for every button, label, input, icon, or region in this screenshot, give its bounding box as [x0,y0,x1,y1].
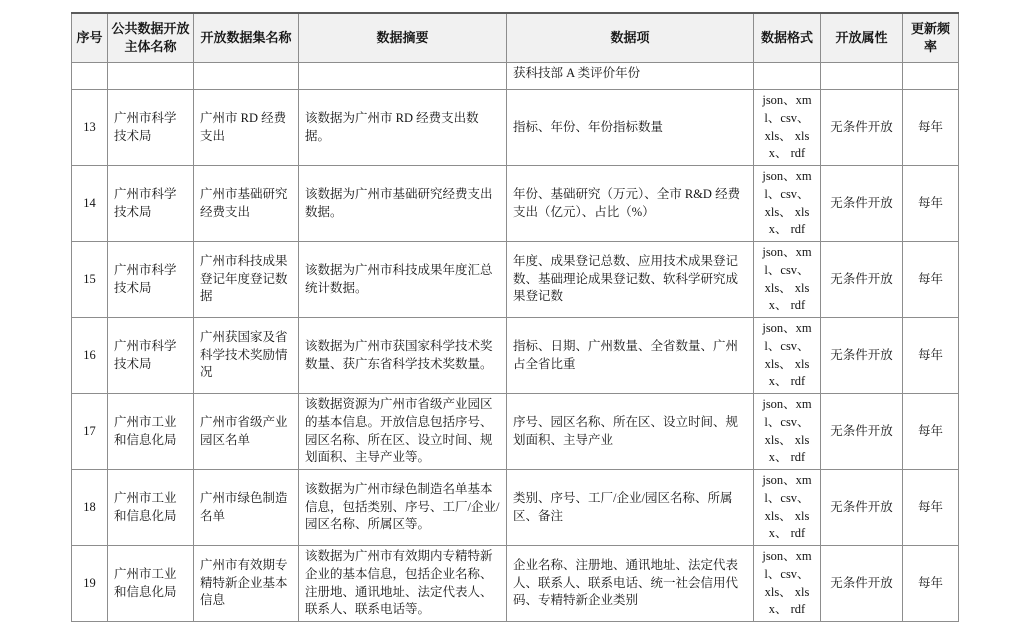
table-row: 14 广州市科学技术局 广州市基础研究经费支出 该数据为广州市基础研究经费支出数… [72,166,959,242]
cell-dataset: 广州市有效期专精特新企业基本信息 [194,546,299,622]
cell-agency [108,63,194,90]
cell-seq: 14 [72,166,108,242]
cell-attribute: 无条件开放 [821,394,903,470]
column-header-dataset: 开放数据集名称 [194,13,299,63]
cell-summary: 该数据为广州市科技成果年度汇总统计数据。 [299,242,507,318]
cell-format: json、xml、csv、 xls、 xlsx、 rdf [754,90,821,166]
cell-items: 获科技部 A 类评价年份 [507,63,754,90]
cell-format: json、xml、csv、 xls、 xlsx、 rdf [754,242,821,318]
cell-frequency: 每年 [903,166,959,242]
table-row: 13 广州市科学技术局 广州市 RD 经费支出 该数据为广州市 RD 经费支出数… [72,90,959,166]
cell-agency: 广州市工业和信息化局 [108,546,194,622]
column-header-seq: 序号 [72,13,108,63]
cell-attribute: 无条件开放 [821,470,903,546]
cell-items: 序号、园区名称、所在区、设立时间、规划面积、主导产业 [507,394,754,470]
cell-format: json、xml、csv、 xls、 xlsx、 rdf [754,546,821,622]
column-header-agency: 公共数据开放主体名称 [108,13,194,63]
cell-seq: 15 [72,242,108,318]
cell-attribute: 无条件开放 [821,318,903,394]
cell-agency: 广州市科学技术局 [108,90,194,166]
cell-dataset: 广州获国家及省科学技术奖励情况 [194,318,299,394]
cell-agency: 广州市科学技术局 [108,318,194,394]
cell-items: 指标、年份、年份指标数量 [507,90,754,166]
cell-seq: 17 [72,394,108,470]
table-body: 获科技部 A 类评价年份 13 广州市科学技术局 广州市 RD 经费支出 该数据… [72,63,959,622]
cell-summary: 该数据为广州市基础研究经费支出数据。 [299,166,507,242]
cell-attribute: 无条件开放 [821,546,903,622]
cell-agency: 广州市工业和信息化局 [108,394,194,470]
header-row: 序号 公共数据开放主体名称 开放数据集名称 数据摘要 数据项 数据格式 开放属性… [72,13,959,63]
cell-seq [72,63,108,90]
cell-agency: 广州市工业和信息化局 [108,470,194,546]
cell-dataset: 广州市绿色制造名单 [194,470,299,546]
cell-frequency: 每年 [903,318,959,394]
table-row: 15 广州市科学技术局 广州市科技成果登记年度登记数据 该数据为广州市科技成果年… [72,242,959,318]
cell-frequency: 每年 [903,242,959,318]
cell-frequency: 每年 [903,546,959,622]
cell-dataset: 广州市 RD 经费支出 [194,90,299,166]
cell-summary: 该数据资源为广州市省级产业园区的基本信息。开放信息包括序号、园区名称、所在区、设… [299,394,507,470]
cell-attribute [821,63,903,90]
cell-summary: 该数据为广州市绿色制造名单基本信息，包括类别、序号、工厂/企业/园区名称、所属区… [299,470,507,546]
cell-frequency: 每年 [903,470,959,546]
cell-items: 类别、序号、工厂/企业/园区名称、所属区、备注 [507,470,754,546]
table-row: 18 广州市工业和信息化局 广州市绿色制造名单 该数据为广州市绿色制造名单基本信… [72,470,959,546]
column-header-summary: 数据摘要 [299,13,507,63]
cell-dataset: 广州市科技成果登记年度登记数据 [194,242,299,318]
cell-format [754,63,821,90]
cell-summary: 该数据为广州市有效期内专精特新企业的基本信息，包括企业名称、注册地、通讯地址、法… [299,546,507,622]
column-header-format: 数据格式 [754,13,821,63]
cell-summary: 该数据为广州市获国家科学技术奖数量、获广东省科学技术奖数量。 [299,318,507,394]
cell-seq: 18 [72,470,108,546]
column-header-frequency: 更新频率 [903,13,959,63]
cell-attribute: 无条件开放 [821,90,903,166]
cell-frequency: 每年 [903,394,959,470]
open-data-catalog-table: 序号 公共数据开放主体名称 开放数据集名称 数据摘要 数据项 数据格式 开放属性… [71,12,959,622]
cell-frequency [903,63,959,90]
cell-attribute: 无条件开放 [821,166,903,242]
table-header: 序号 公共数据开放主体名称 开放数据集名称 数据摘要 数据项 数据格式 开放属性… [72,13,959,63]
cell-frequency: 每年 [903,90,959,166]
cell-agency: 广州市科学技术局 [108,242,194,318]
column-header-attribute: 开放属性 [821,13,903,63]
table-row: 17 广州市工业和信息化局 广州市省级产业园区名单 该数据资源为广州市省级产业园… [72,394,959,470]
cell-items: 企业名称、注册地、通讯地址、法定代表人、联系人、联系电话、统一社会信用代码、专精… [507,546,754,622]
cell-dataset [194,63,299,90]
continuation-row: 获科技部 A 类评价年份 [72,63,959,90]
cell-items: 指标、日期、广州数量、全省数量、广州占全省比重 [507,318,754,394]
cell-seq: 16 [72,318,108,394]
cell-seq: 13 [72,90,108,166]
cell-dataset: 广州市基础研究经费支出 [194,166,299,242]
cell-items: 年份、基础研究（万元）、全市 R&D 经费支出（亿元）、占比（%） [507,166,754,242]
cell-agency: 广州市科学技术局 [108,166,194,242]
table-row: 16 广州市科学技术局 广州获国家及省科学技术奖励情况 该数据为广州市获国家科学… [72,318,959,394]
table-row: 19 广州市工业和信息化局 广州市有效期专精特新企业基本信息 该数据为广州市有效… [72,546,959,622]
open-data-catalog: 序号 公共数据开放主体名称 开放数据集名称 数据摘要 数据项 数据格式 开放属性… [71,12,959,622]
cell-seq: 19 [72,546,108,622]
cell-format: json、xml、csv、 xls、 xlsx、 rdf [754,470,821,546]
cell-format: json、xml、csv、 xls、 xlsx、 rdf [754,166,821,242]
cell-dataset: 广州市省级产业园区名单 [194,394,299,470]
cell-format: json、xml、csv、 xls、 xlsx、 rdf [754,394,821,470]
column-header-items: 数据项 [507,13,754,63]
cell-summary [299,63,507,90]
cell-summary: 该数据为广州市 RD 经费支出数据。 [299,90,507,166]
cell-items: 年度、成果登记总数、应用技术成果登记数、基础理论成果登记数、软科学研究成果登记数 [507,242,754,318]
cell-format: json、xml、csv、 xls、 xlsx、 rdf [754,318,821,394]
cell-attribute: 无条件开放 [821,242,903,318]
